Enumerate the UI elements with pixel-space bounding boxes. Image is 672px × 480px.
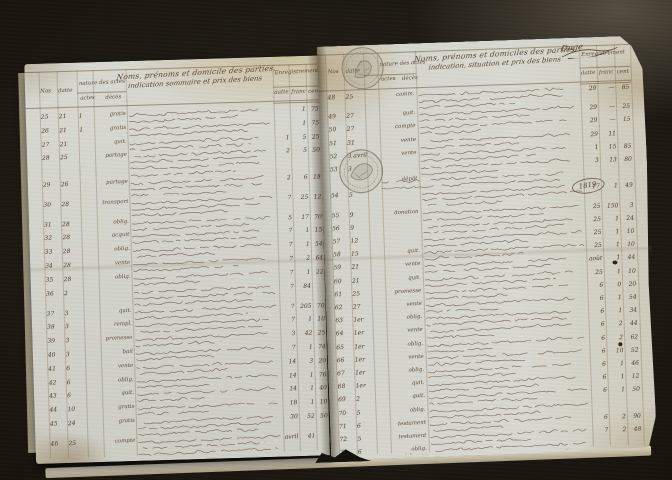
entry-number: 35 [46,276,62,284]
round-revenue-stamp-icon [339,44,387,92]
act-type: promesse [100,335,132,343]
entry-date: 27 [353,303,371,311]
act-type: vente [386,301,422,309]
entry-number: 71 [339,422,355,430]
right-page: Noms, prénoms et domiciles des parties, … [317,35,657,460]
duty-cents: 50 [627,386,640,394]
duty-date: 30 [284,413,298,421]
duty-date: 6 [588,282,603,290]
act-type: transport [96,198,128,206]
entry-number: 30 [43,201,59,209]
header-enr-date: datte [581,70,596,77]
duty-date: 7 [282,344,296,352]
duty-cents [629,446,642,447]
entry-mark [80,140,93,141]
act-type: oblig. [97,218,129,226]
duty-francs: 2 [295,255,310,263]
duty-cents: 12 [310,193,321,201]
duty-date: 7 [279,255,293,263]
duty-francs: 0 [605,281,621,289]
duty-francs: 25 [293,193,308,201]
entry-number: 40 [48,351,64,359]
entry-mark [85,322,98,323]
entry-mark [378,447,390,448]
entry-date: 1er [355,356,373,364]
duty-date: 3 [584,157,599,165]
entry-date: 12 [350,237,368,245]
duty-cents: 25 [617,103,630,111]
header-nature-sub2: décès [402,75,418,82]
entry-number: 66 [337,356,353,364]
duty-francs: 1 [298,344,313,352]
entry-mark [375,368,387,369]
duty-cents [629,439,642,440]
act-type: quit. [379,110,415,118]
duty-date: 7 [280,283,294,291]
act-type: gratis [102,404,134,412]
act-type: comm. [378,91,414,99]
duty-cents: 46 [626,360,639,368]
entry-text [139,459,282,461]
entry-date: 27 [347,125,365,133]
duty-cents: 80 [619,156,632,164]
duty-cents: 70 [313,302,324,310]
entry-date: 2 [64,289,81,297]
entry-date: 6 [357,422,375,430]
entry-mark [374,329,386,330]
act-type: rempl. [100,321,132,329]
duty-cents: 15 [311,227,322,235]
duty-date: 25 [587,242,602,250]
duty-francs: 1 [605,268,621,276]
duty-francs: 1 [608,360,624,368]
duty-date: 7 [280,303,294,311]
duty-date: 25 [585,202,600,210]
entry-date: 21 [59,140,76,148]
duty-cents: 10 [623,267,636,275]
entry-number: 45 [50,420,66,428]
entry-mark [376,382,388,383]
entry-number: 43 [49,392,65,400]
duty-cents: 15 [617,116,630,124]
duty-francs: 1 [295,268,310,276]
entry-number: 61 [334,290,350,298]
header-nature-sub1: actes [80,95,95,102]
entry-number: 41 [48,365,64,373]
duty-cents: 3 [620,201,633,209]
entry-number: 69 [338,396,354,404]
duty-date: 6 [589,321,604,329]
duty-francs: 2 [606,320,622,328]
duty-cents [619,169,632,170]
entry-date: 28 [62,220,79,228]
left-page: Noms, prénoms et domicile des parties, i… [24,55,330,464]
entry-number: 29 [43,181,59,189]
act-type: échange [391,453,427,457]
entry-mark [365,93,377,94]
entry-date: 1er [353,316,371,324]
duty-cents: 10 [622,241,635,249]
act-type: vente [384,261,420,269]
duty-francs: 1 [295,241,310,249]
entry-date: 25 [345,93,363,101]
entry-date [358,455,376,456]
entry-mark [88,439,101,440]
duty-date: 7 [278,228,292,236]
duty-date: 7 [279,241,293,249]
act-type: oblig. [102,376,134,384]
entry-mark [376,408,388,409]
duty-francs: 1 [603,215,619,223]
duty-date: 6 [590,334,605,342]
duty-francs: 52 [300,413,315,421]
duty-cents: 54 [312,240,323,248]
act-type: compte [380,123,416,131]
act-type: acquit [97,232,129,240]
header-no: Nos [328,69,339,76]
entry-mark [80,153,93,154]
entry-mark [373,316,385,317]
act-type: oblig. [98,246,130,254]
duty-date: 7 [279,269,293,277]
header-enr-franc: franc [291,89,306,96]
entry-date: 15 [351,250,369,258]
handwriting-line [139,459,278,461]
duty-date: 25 [586,216,601,224]
duty-date: 29 [582,104,597,112]
act-type: partage [95,152,127,160]
duty-francs: 84 [296,282,311,290]
duty-francs: 2 [610,426,626,434]
duty-date [275,106,289,107]
duty-date: 6 [591,361,606,369]
duty-francs: 6 [293,173,308,181]
act-type: quit. [94,138,126,146]
entry-number: 39 [47,337,63,345]
duty-cents: 25 [314,329,325,337]
duty-francs: 205 [296,302,311,310]
header-nature-sub2: décès [105,94,121,101]
entries-left: 25211gratis17526211gratis1752721quit.152… [24,55,330,461]
entry-number: 26 [41,127,57,135]
entry-mark [367,125,379,126]
duty-francs: 1 [608,373,624,381]
duty-cents [313,282,324,283]
entry-date: 28 [63,248,80,256]
entry-number: 70 [338,409,354,417]
entry-number: 65 [336,343,352,351]
act-type: oblig. [98,274,130,282]
entry-mark: 1 [79,112,92,120]
entry-number: 44 [49,406,65,414]
entry-mark [85,309,98,310]
entry-text [138,432,282,461]
duty-francs [611,439,627,440]
duty-date: août [587,255,602,263]
duty-francs: 5 [291,133,306,141]
duty-francs: 150 [602,202,618,210]
duty-cents: 10 [621,228,634,236]
entry-date: 1er [354,342,372,350]
duty-date [285,459,299,460]
duty-date: 7 [281,317,295,325]
entry-date: 1er [355,369,373,377]
act-type: vente [380,150,416,158]
entry-number: 27 [41,141,57,149]
entry-date: 21 [59,112,76,120]
entry-date: 25 [68,439,85,447]
duty-francs: 2 [607,334,623,342]
act-type: gratis [94,125,126,133]
duty-cents: 34 [624,307,637,315]
entry-date: 3 [66,350,83,358]
entry-mark [87,391,100,392]
duty-cents: 49 [620,182,633,190]
duty-francs [301,459,316,460]
entry-number: 34 [45,262,61,270]
duty-date: 25 [588,268,603,276]
entry-date: 25 [60,154,77,162]
entry-date: 25 [352,290,370,298]
duty-francs: 15 [600,143,616,151]
duty-cents [627,399,640,400]
entry-mark [84,275,97,276]
duty-date: 29 [581,85,596,93]
entry-date: 1er [354,329,372,337]
act-type: vente [387,327,423,335]
entry-date: 31 [347,139,365,147]
duty-date [584,170,599,171]
entry-number: 48 [327,94,343,102]
duty-date: 14 [282,372,296,380]
entry-mark [82,233,95,234]
duty-cents: 44 [624,320,637,328]
entry-mark [378,455,390,456]
duty-cents: 50 [317,412,328,420]
duty-cents: 48 [628,425,641,433]
act-type: promesse [385,288,421,296]
duty-cents: 85 [616,84,629,92]
duty-francs: 3 [298,357,313,365]
duty-cents: 10 [314,316,325,324]
duty-cents: 70 [311,213,322,221]
act-type: gratis [94,111,126,119]
duty-date: 14 [282,358,296,366]
header-enr-cent: cent [617,69,629,76]
entry-mark [81,200,94,201]
entry-date: 5 [357,435,375,443]
duty-francs: 1 [291,119,306,127]
entry-date: 5 [356,408,374,416]
act-type: quit. [389,393,425,401]
act-type: quit. [388,380,424,388]
duty-date: 14 [283,385,297,393]
duty-cents: 40 [316,385,327,393]
act-type: vente [388,354,424,362]
duty-cents: 75 [308,105,319,113]
entry-mark [372,289,384,290]
duty-francs: 10 [607,347,623,355]
entry-mark [86,350,99,351]
act-type: quit. [102,390,134,398]
entry-date: 28 [62,234,79,242]
entry-date: 3 [65,323,82,331]
entry-number: 55 [331,211,347,219]
duty-francs: 11 [600,130,616,138]
act-type: partage [96,178,128,186]
entry-mark [83,247,96,248]
entry-mark [371,250,383,251]
duty-date [594,447,609,448]
entry-number: 36 [46,290,62,298]
act-type: quit. [384,248,420,256]
entry-mark [377,421,389,422]
duty-date: 6 [590,347,605,355]
entry-date: 24 [68,419,85,427]
entry-mark [86,364,99,365]
entry-date: 28 [63,275,80,283]
duty-date [594,440,609,441]
entry-date: 21 [352,276,370,284]
act-type: quit. [385,274,421,282]
duty-cents: 24 [621,214,634,222]
entry-date: 6 [66,364,83,372]
duty-cents [618,129,631,130]
duty-date: 6 [591,374,606,382]
entry-number: 37 [47,310,63,318]
duty-francs [601,169,617,170]
entry-mark [374,342,386,343]
entry-mark [370,223,382,224]
entry-number: 68 [337,383,353,391]
act-type: oblig. [386,314,422,322]
act-type: testament [390,433,426,441]
entry-date: 2 [356,395,374,403]
act-type: oblig. [387,340,423,348]
entry-mark [370,210,382,211]
header-enr-date: datte [274,89,289,96]
entry-number: 58 [333,251,349,259]
entry-mark [82,220,95,221]
duty-cents: 75 [308,119,319,127]
entry-mark [84,289,97,290]
entry-number: 72 [339,435,355,443]
act-type: gratis [103,418,135,426]
entry-number: 49 [328,113,344,121]
duty-francs: 1 [294,227,309,235]
entry-number: 64 [336,330,352,338]
duty-francs [609,400,625,401]
duty-francs: 13 [601,156,617,164]
entry-mark [81,180,94,181]
entry-date: 6 [67,378,84,386]
duty-francs: 42 [297,330,312,338]
entries-right: 4825comm.29—854927quit.29—255027compte29… [317,35,657,457]
entry-mark [87,405,100,406]
duty-cents: 74 [315,343,326,351]
duty-cents: 85 [618,142,631,150]
duty-date [275,120,289,121]
duty-date: 6 [589,308,604,316]
duty-francs: 1 [604,241,620,249]
duty-cents: 22 [312,268,323,276]
duty-date: 6 [589,295,604,303]
act-type [99,287,131,289]
entry-mark [370,236,382,237]
duty-date: 25 [586,229,601,237]
duty-cents: 52 [625,346,638,354]
entry-number: 67 [337,369,353,377]
duty-cents: 10 [316,398,327,406]
duty-francs: 41 [300,433,315,441]
duty-date: 7 [593,427,608,435]
entry-date: 21 [351,263,369,271]
entry-number: 31 [44,221,60,229]
duty-date: 3 [281,330,295,338]
duty-date: 1 [275,134,289,142]
duty-francs: 5 [292,147,307,155]
entry-date: 1er [355,382,373,390]
header-enr-franc: franc [599,69,614,76]
duty-francs: 1 [609,386,625,394]
duty-date: 2 [276,148,290,156]
entry-mark [372,276,384,277]
duty-date: 5 [278,214,292,222]
duty-francs: 2 [610,413,626,421]
act-type: vente [380,137,416,145]
entry-mark [88,419,101,420]
entry-number: 42 [49,379,65,387]
header-no: Nos [40,88,51,95]
duty-date: 7 [277,194,291,202]
entry-date: 9 [349,210,367,218]
duty-cents: 54 [624,294,637,302]
entry-mark [83,261,96,262]
entry-date: 3 [65,337,82,345]
duty-francs: 1 [297,316,312,324]
duty-francs: 1 [606,307,622,315]
duty-date: 18 [283,399,297,407]
entry-number: 38 [47,323,63,331]
entry-mark [85,336,98,337]
duty-cents: 64 [312,254,323,262]
duty-cents: 20 [315,357,326,365]
act-type: vente [98,260,130,268]
duty-francs: 17 [294,213,309,221]
entry-mark: 1 [79,126,92,134]
duty-cents: 12 [626,373,639,381]
duty-date: 29 [583,130,598,138]
entry-date: 28 [63,261,80,269]
duty-francs: 1 [299,399,314,407]
entry-mark [377,434,389,435]
duty-cents: 44 [622,254,635,262]
entry-number: 63 [335,317,351,325]
duty-cents: 25 [308,133,319,141]
entry-mark [375,355,387,356]
entry-mark [367,138,379,139]
act-type: oblig. [388,367,424,375]
act-type: vente [101,363,133,371]
duty-cents: 50 [309,147,320,155]
duty-cents: 18 [310,173,321,181]
entry-number: 59 [333,264,349,272]
duty-cents: 20 [623,280,636,288]
entry-date: 6 [67,392,84,400]
entry-number: 28 [42,154,58,162]
duty-francs: 1 [291,106,306,114]
entry-date: 21 [59,126,76,134]
